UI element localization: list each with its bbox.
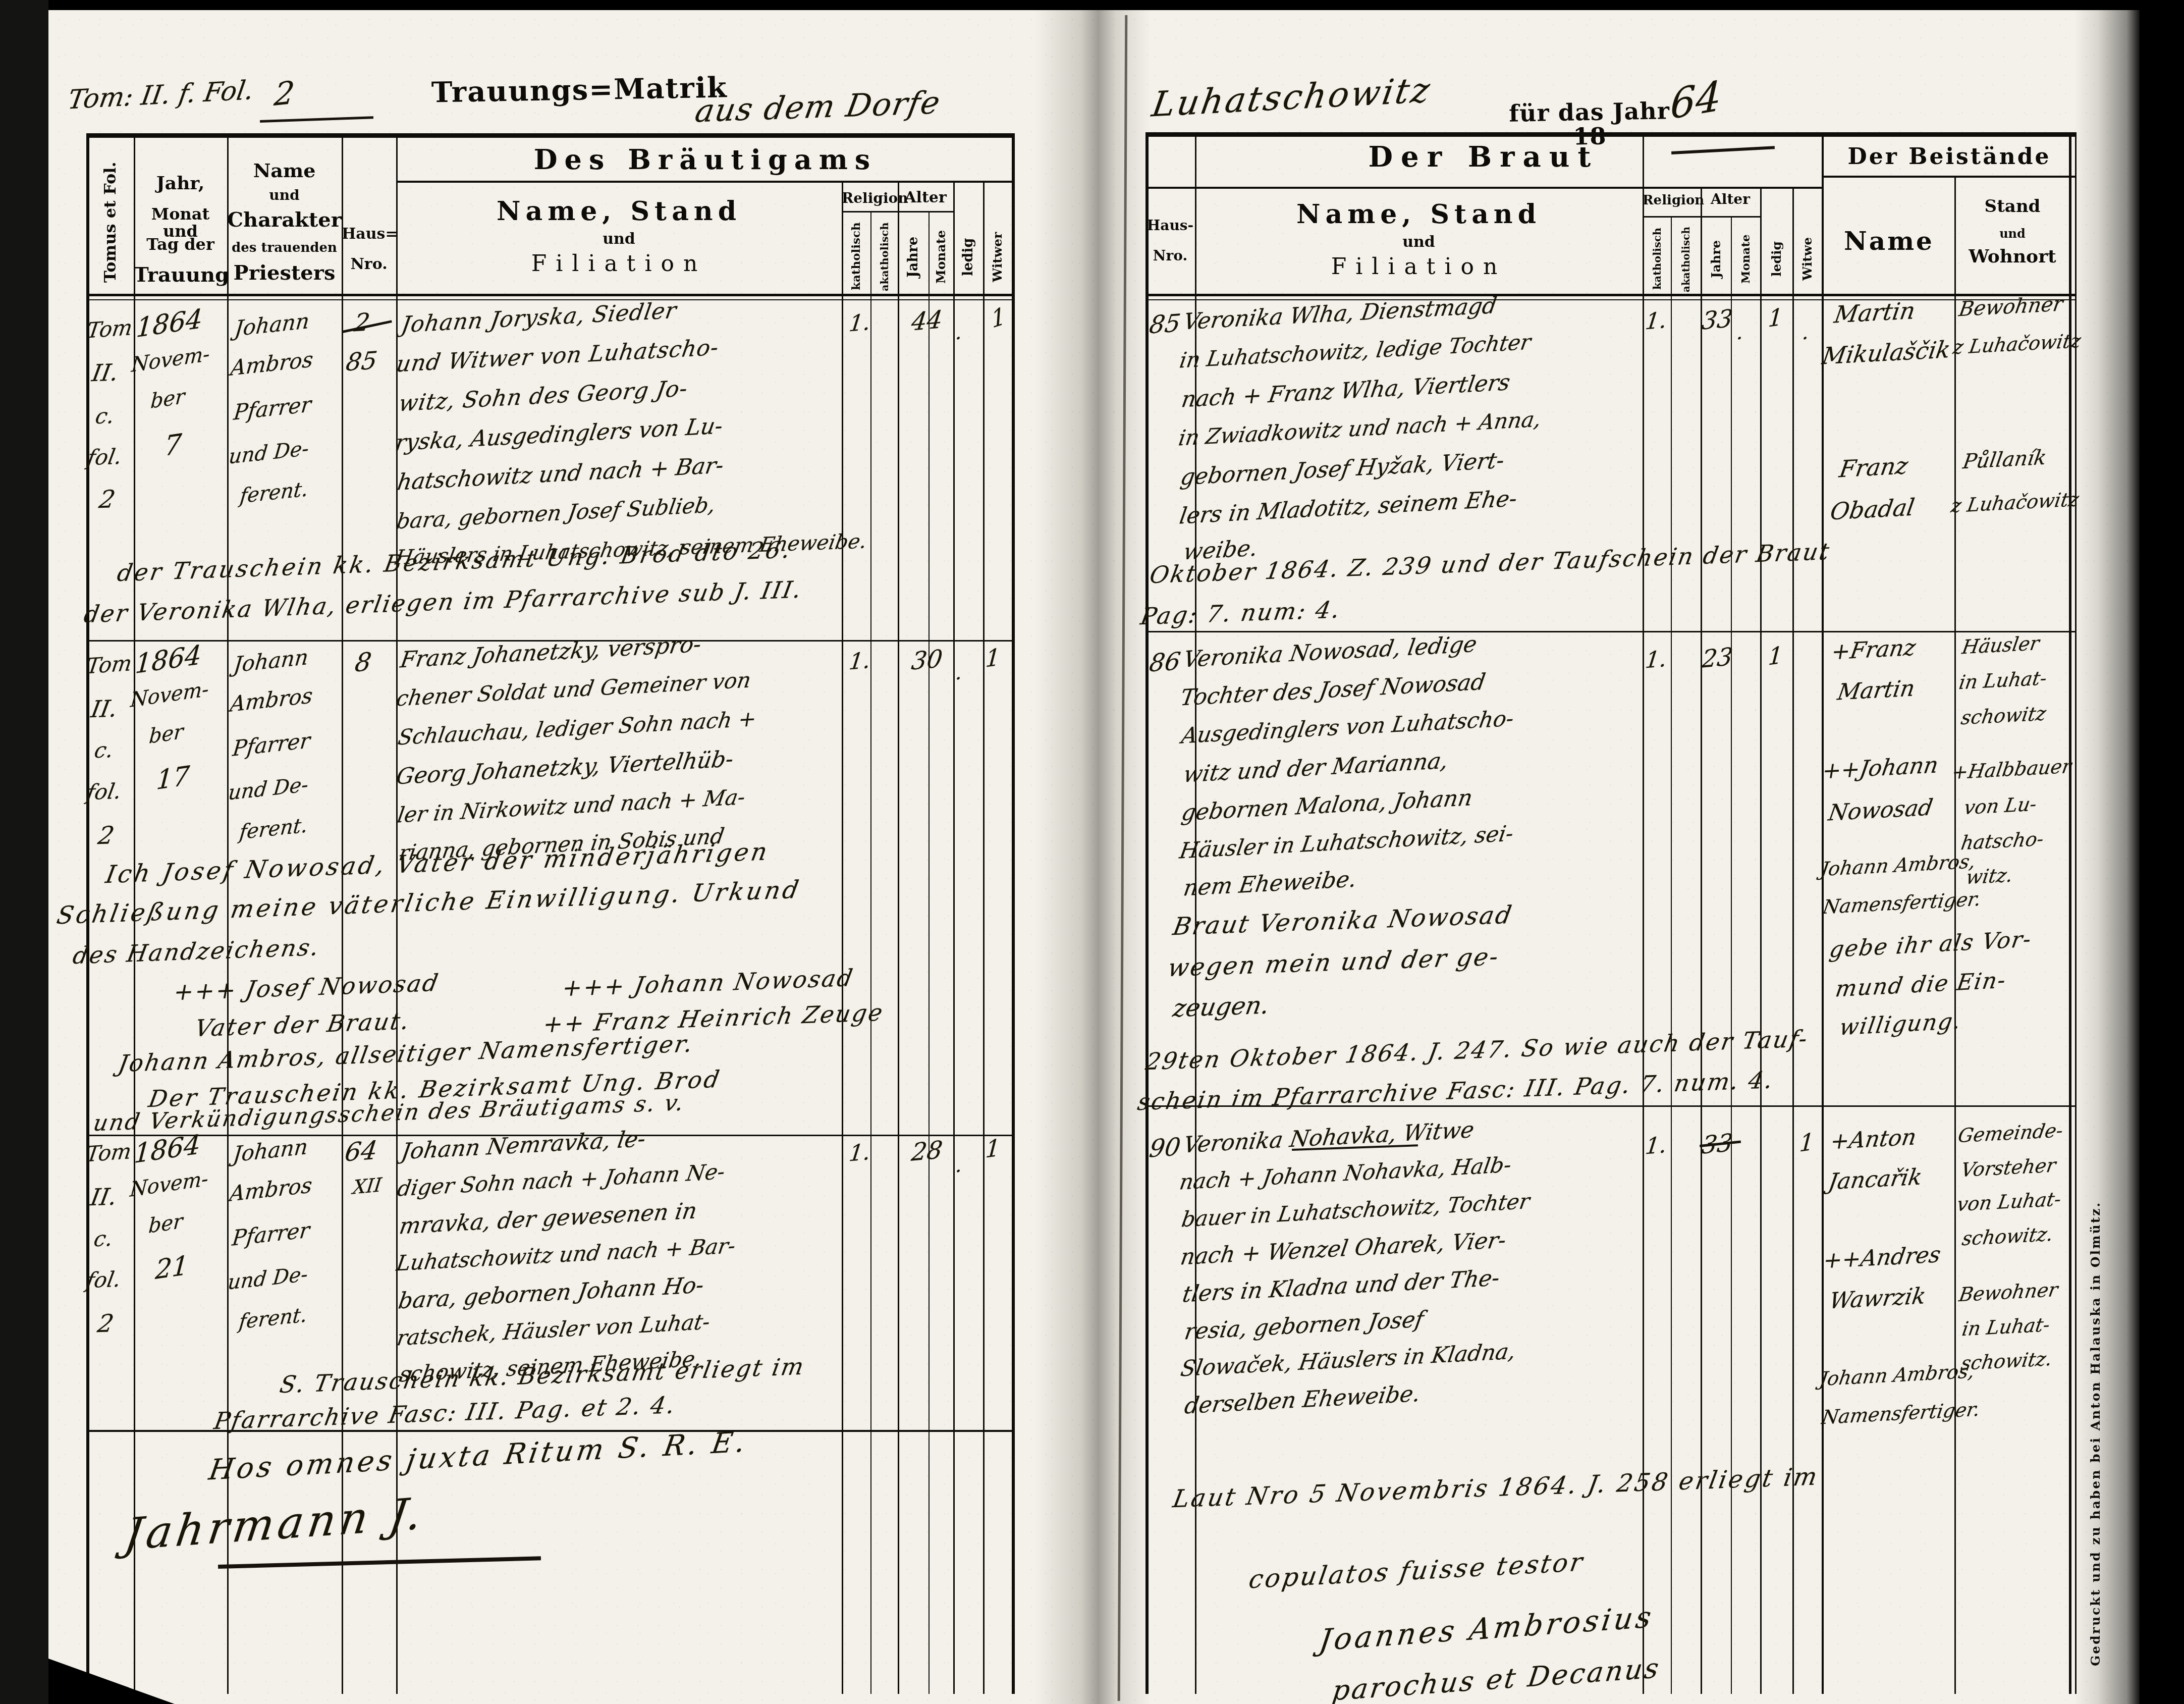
hw-b3-witness: Jancařik [1827,1164,1924,1195]
col-name-stand: und [1195,234,1643,250]
hw-e3-date: 21 [154,1250,190,1286]
page-edge-shadow [2074,10,2142,1704]
col-haus-nro: Haus- [1145,218,1195,233]
hw-e1-kath: 1. [848,309,872,337]
hw-e3-tomus: II. [88,1183,119,1211]
table-rule [983,182,985,1694]
table-rule [929,212,930,1694]
section-braeutigam: Des Bräutigams [396,145,1015,174]
hw-b1-witness: Franz [1837,452,1910,483]
register-scan: Trauungs=Matrik für das Jahr 18 Des Bräu… [0,0,2184,1704]
col-religion: Religion [842,191,898,205]
table-rule [953,182,955,1694]
table-rule [870,212,871,1694]
register-title: Trauungs=Matrik [431,73,694,108]
hw-b2-stand: in Luhat- [1957,667,2048,694]
table-rule [898,182,899,1694]
hw-b2-witness: +Franz [1830,634,1918,665]
hw-b1-haus: 85 [1148,309,1182,340]
hw-b3-witness: Wawrzik [1828,1283,1928,1314]
col-haus-nro: Nro. [342,256,396,273]
hw-e2-tomus: II. [89,695,120,723]
hw-e1-tomus: II. [90,358,121,387]
hw-b2-stand: Häusler [1960,632,2041,658]
hw-b1-ledig: 1 [1767,303,1784,333]
hw-b2-haus: 86 [1148,647,1182,678]
hw-b1-kath: 1. [1644,307,1668,335]
col-katholisch: katholisch [1643,221,1671,297]
book-gutter [1034,10,1151,1704]
scan-black-border [2142,0,2184,1704]
col-jahr: Tag der [134,236,227,253]
table-rule [2069,136,2071,1694]
table-rule [1643,136,1644,1694]
col-katholisch: katholisch [842,216,870,297]
hw-b3-stand: in Luhat- [1960,1313,2051,1341]
hw-e2-date: 17 [155,761,191,796]
col-ledig: ledig [1760,221,1792,297]
table-rule [1145,132,2077,137]
col-filiation: Filiation [396,252,842,276]
hw-b2-kath: 1. [1644,646,1668,673]
scan-corner-shadow [48,1659,175,1704]
col-akatholisch: akatholisch [1671,221,1701,298]
hw-e3-tomus: fol. [84,1267,123,1293]
col-name-stand: Name, Stand [396,198,842,226]
table-rule [1145,299,2077,300]
col-priester: Charakter [227,209,342,231]
col-witwe: Witwe [1792,221,1822,297]
hw-e1-tomus: Tom [85,315,134,343]
col-religion: Religion [1643,194,1701,207]
table-rule [1145,294,2077,296]
col-witness-stand: und [1956,227,2069,240]
col-ledig: ledig [953,217,983,297]
col-priester: und [227,188,342,202]
col-haus-nro: Nro. [1145,248,1195,263]
col-witness-name: Name [1824,228,1954,255]
hw-e3-kath: 1. [848,1139,872,1166]
col-alter: Alter [898,190,953,206]
col-jahr: Trauung [134,264,227,286]
hw-e1-witwer: 1 [990,301,1007,334]
col-alter: Alter [1701,192,1760,206]
section-braut: Der Braut [1145,142,1822,172]
hw-b1-stand: Půllaník [1961,446,2048,473]
table-rule [842,211,953,212]
hw-b2-ledig: 1 [1767,641,1784,671]
col-name-stand: Name, Stand [1195,201,1643,229]
col-witness-stand: Stand [1956,198,2069,216]
col-monate: Monate [1731,221,1760,297]
table-rule [1145,187,1822,189]
hw-e1-date: 7 [163,428,183,462]
hw-b2-stand: witz. [1964,864,2014,888]
table-rule [1012,136,1015,1694]
col-priester: Priesters [227,262,342,284]
table-rule [1822,176,2077,178]
col-jahre: Jahre [1701,221,1731,297]
section-beistaende: Der Beistände [1824,145,2075,169]
hw-e1-jahre: 44 [910,305,944,337]
hw-e1-haus: 85 [344,346,379,377]
col-jahr: Jahr, [134,174,227,193]
hw-e2-jahre: 30 [910,645,944,676]
hw-tomus-fol: 2 [272,74,296,113]
hw-e2-tomus: Tom [85,651,134,679]
hw-b2-para: zeugen. [1171,991,1272,1023]
hw-b2-jahre: 23 [1700,643,1734,674]
hw-e2-tomus: fol. [85,779,123,805]
hw-year: 64 [1670,72,1722,129]
hw-b3-witwe: 1 [1798,1128,1815,1157]
hw-e3-tomus: Tom [84,1139,133,1167]
hw-b1-jahre: 33 [1700,304,1734,336]
table-rule [842,182,843,1694]
col-akatholisch: akatholisch [870,216,898,298]
hw-e3-haus: 64 [343,1136,379,1167]
col-filiation: Filiation [1195,255,1643,279]
col-tomus-et-fol: Tomus et Fol. [86,149,134,295]
col-name-stand: und [396,231,842,247]
col-jahre: Jahre [898,217,929,297]
hw-e3-ledig: 1 [985,1134,1001,1163]
hw-b2-stand: von Lu- [1962,792,2038,819]
hw-b3-witness: +Anton [1829,1124,1918,1154]
hw-b3-haus: 90 [1148,1133,1182,1163]
hw-b2-witness: Martin [1836,675,1917,705]
hw-e2-ledig: 1 [985,643,1001,673]
table-rule [396,181,1015,183]
hw-b1-witness: Obadal [1828,493,1917,525]
hw-e2-kath: 1. [848,647,872,675]
hw-b2-stand: hatscho- [1959,827,2045,854]
table-rule [1145,631,2077,632]
col-priester: Name [227,161,342,181]
hw-b2-stand: schowitz [1959,702,2048,729]
hw-e3-jahre: 28 [910,1136,944,1167]
marbled-book-edge [0,0,48,1704]
col-witness-stand: Wohnort [1956,247,2069,267]
hw-b1-witness: Martin [1832,297,1917,329]
col-monate: Monate [929,217,953,297]
table-rule [86,133,1015,138]
hw-e3-haus: XII [352,1174,383,1199]
table-rule [86,299,1015,300]
table-rule [1643,216,1760,218]
col-priester: des trauenden [227,241,342,255]
col-witwer: Witwer [983,217,1012,297]
hw-e1-tomus: fol. [85,444,124,470]
col-haus-nro: Haus= [342,226,396,242]
hw-b3-kath: 1. [1644,1132,1668,1159]
table-rule [1145,136,1149,1694]
